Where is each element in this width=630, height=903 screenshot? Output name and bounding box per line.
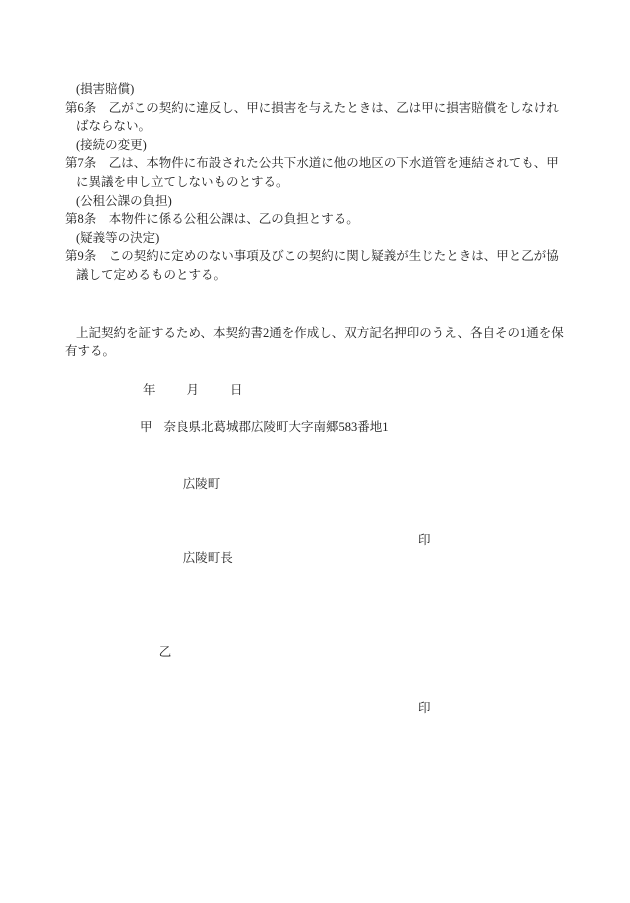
signature-block: 年 月 日 甲 奈良県北葛城郡広陵町大字南郷583番地1 広陵町 広陵町長 印 … (0, 381, 630, 755)
article-7-text: 第7条 乙は、本物件に布設された公共下水道に他の地区の下水道管を連結されても、甲 (65, 154, 630, 173)
party-a-line: 甲 奈良県北葛城郡広陵町大字南郷583番地1 (65, 418, 630, 437)
party-a-label: 甲 (140, 418, 153, 437)
article-6-text-cont: ばならない。 (65, 117, 630, 136)
party-a-title-line: 広陵町長 印 (65, 531, 630, 605)
article-9-heading: (疑義等の決定) (65, 229, 630, 248)
date-line: 年 月 日 (65, 381, 630, 400)
party-a-org-line: 広陵町 (65, 456, 630, 512)
party-a-title: 広陵町長 (183, 551, 233, 565)
month-label: 月 (187, 381, 200, 400)
party-a-org: 広陵町 (183, 477, 221, 491)
article-7-heading: (接続の変更) (65, 136, 630, 155)
article-9-text-cont: 議して定めるものとする。 (65, 266, 630, 285)
closing-paragraph: 上記契約を証するため、本契約書2通を作成し、双方記名押印のうえ、各自その1通を保… (0, 324, 630, 361)
article-7-text-cont: に異議を申し立てしないものとする。 (65, 173, 630, 192)
party-b-label: 乙 (159, 645, 172, 659)
year-label: 年 (143, 381, 156, 400)
article-6-heading: (損害賠償) (65, 80, 630, 99)
party-a-address: 奈良県北葛城郡広陵町大字南郷583番地1 (164, 418, 389, 437)
article-8-heading: (公租公課の負担) (65, 192, 630, 211)
party-b-seal-line: 印 (65, 699, 630, 755)
closing-line-1: 上記契約を証するため、本契約書2通を作成し、双方記名押印のうえ、各自その1通を保 (65, 324, 630, 343)
day-label: 日 (230, 381, 243, 400)
party-b-line: 乙 (65, 624, 630, 680)
party-a-seal-mark: 印 (418, 531, 431, 550)
article-8-text: 第8条 本物件に係る公租公課は、乙の負担とする。 (65, 210, 630, 229)
articles-section: (損害賠償) 第6条 乙がこの契約に違反し、甲に損害を与えたときは、乙は甲に損害… (0, 0, 630, 285)
article-6-text: 第6条 乙がこの契約に違反し、甲に損害を与えたときは、乙は甲に損害賠償をしなけれ (65, 99, 630, 118)
party-b-seal-mark: 印 (418, 699, 431, 718)
contract-page: (損害賠償) 第6条 乙がこの契約に違反し、甲に損害を与えたときは、乙は甲に損害… (0, 0, 630, 903)
closing-line-2: 有する。 (65, 342, 630, 361)
article-9-text: 第9条 この契約に定めのない事項及びこの契約に関し疑義が生じたときは、甲と乙が協 (65, 247, 630, 266)
